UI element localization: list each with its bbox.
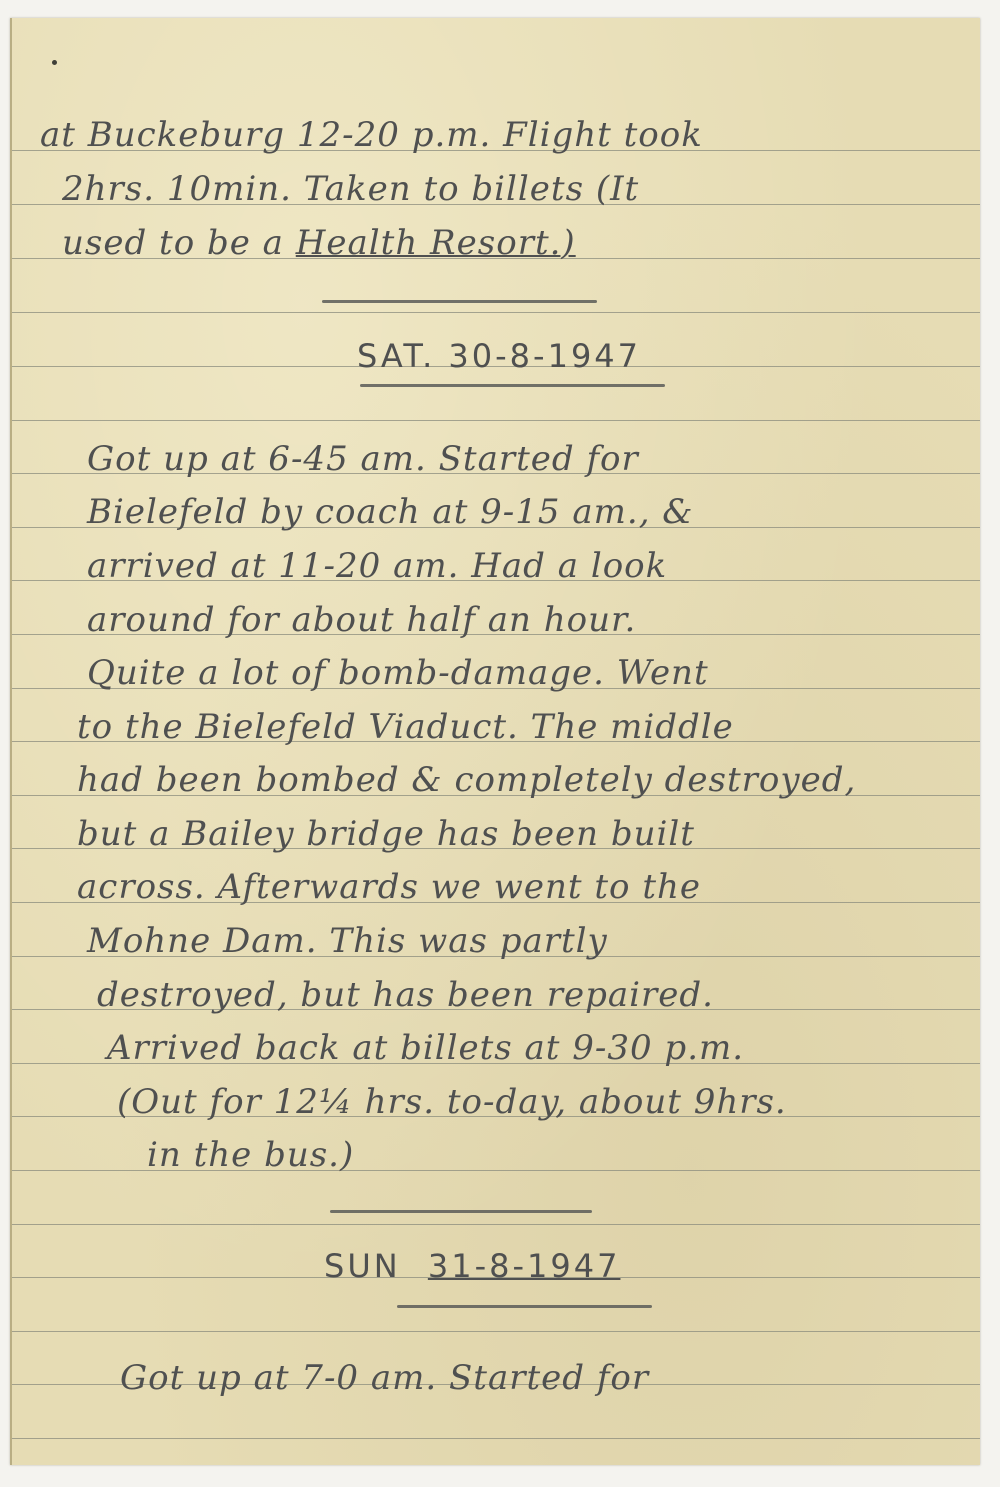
entry-line: Got up at 7-0 am. Started for <box>120 1361 649 1395</box>
entry-heading-sun: SUN 31-8-1947 <box>324 1250 620 1282</box>
entry-line: arrived at 11-20 am. Had a look <box>87 549 667 583</box>
entry-line: Mohne Dam. This was partly <box>87 924 608 958</box>
entry-line: but a Bailey bridge has been built <box>77 817 695 851</box>
entry-line: (Out for 12¼ hrs. to-day, about 9hrs. <box>117 1085 787 1119</box>
continuation-line-2: 2hrs. 10min. Taken to billets (It <box>62 172 639 206</box>
entry-line: Bielefeld by coach at 9-15 am., & <box>87 495 694 529</box>
ruled-line <box>12 1331 980 1332</box>
diary-page: at Buckeburg 12-20 p.m. Flight took 2hrs… <box>10 18 980 1465</box>
entry-line: around for about half an hour. <box>87 603 636 637</box>
ruled-line <box>12 1438 980 1439</box>
entry-line: Quite a lot of bomb-damage. Went <box>87 656 709 690</box>
continuation-line-1: at Buckeburg 12-20 p.m. Flight took <box>40 118 703 152</box>
heading-underline <box>360 384 665 387</box>
ink-spot <box>52 60 57 65</box>
ruled-line <box>12 420 980 421</box>
continuation-line-3-text: used to be a <box>62 223 296 263</box>
entry-line: to the Bielefeld Viaduct. The middle <box>77 710 734 744</box>
entry-line: Got up at 6-45 am. Started for <box>87 442 639 476</box>
section-divider <box>322 300 597 303</box>
heading-date: 31-8-1947 <box>428 1247 621 1285</box>
ruled-line <box>12 312 980 313</box>
entry-line: across. Afterwards we went to the <box>77 870 701 904</box>
entry-heading-sat: SAT. 30-8-1947 <box>357 340 641 372</box>
heading-underline <box>397 1305 652 1308</box>
heading-day: SUN <box>324 1247 401 1285</box>
entry-line: in the bus.) <box>147 1138 354 1172</box>
ruled-line <box>12 1224 980 1225</box>
entry-line: destroyed, but has been repaired. <box>97 978 714 1012</box>
entry-line: had been bombed & completely destroyed, <box>77 763 856 797</box>
entry-line: Arrived back at billets at 9-30 p.m. <box>107 1031 744 1065</box>
section-divider <box>330 1210 592 1213</box>
health-resort-underlined: Health Resort.) <box>296 223 576 263</box>
continuation-line-3: used to be a Health Resort.) <box>62 226 576 260</box>
